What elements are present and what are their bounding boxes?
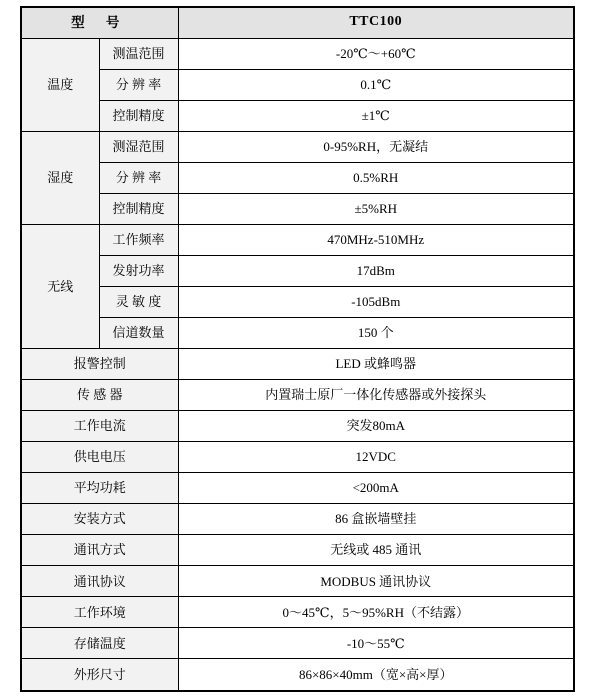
spec-value-cell: 86 盒嵌墙壁挂	[178, 504, 574, 535]
group-cell-humidity: 湿度	[21, 131, 99, 224]
spec-value-cell: MODBUS 通讯协议	[178, 566, 574, 597]
spec-value-cell: -10～55℃	[178, 628, 574, 659]
table-row: 信道数量 150 个	[21, 317, 574, 348]
spec-label-cell: 发射功率	[99, 255, 178, 286]
table-row: 温度 测温范围 -20℃～+60℃	[21, 38, 574, 69]
table-row: 灵 敏 度 -105dBm	[21, 286, 574, 317]
table-row: 分 辨 率 0.5%RH	[21, 162, 574, 193]
spec-value-cell: 0.5%RH	[178, 162, 574, 193]
table-row: 外形尺寸 86×86×40mm（宽×高×厚）	[21, 659, 574, 691]
spec-label-cell: 外形尺寸	[21, 659, 178, 691]
spec-value-cell: ±1℃	[178, 100, 574, 131]
model-header-value: TTC100	[178, 7, 574, 38]
table-row: 供电电压 12VDC	[21, 442, 574, 473]
spec-label-cell: 传 感 器	[21, 380, 178, 411]
header-row: 型 号 TTC100	[21, 7, 574, 38]
table-row: 分 辨 率 0.1℃	[21, 69, 574, 100]
spec-value-cell: 无线或 485 通讯	[178, 535, 574, 566]
table-row: 通讯协议 MODBUS 通讯协议	[21, 566, 574, 597]
table-row: 报警控制 LED 或蜂鸣器	[21, 348, 574, 379]
spec-label-cell: 分 辨 率	[99, 162, 178, 193]
spec-value-cell: 150 个	[178, 317, 574, 348]
spec-label-cell: 供电电压	[21, 442, 178, 473]
spec-value-cell: 0-95%RH，无凝结	[178, 131, 574, 162]
spec-label-cell: 灵 敏 度	[99, 286, 178, 317]
spec-table: 型 号 TTC100 温度 测温范围 -20℃～+60℃ 分 辨 率 0.1℃ …	[20, 6, 575, 692]
table-row: 工作环境 0～45℃，5～95%RH（不结露）	[21, 597, 574, 628]
table-row: 控制精度 ±1℃	[21, 100, 574, 131]
spec-value-cell: 0～45℃，5～95%RH（不结露）	[178, 597, 574, 628]
table-row: 湿度 测湿范围 0-95%RH，无凝结	[21, 131, 574, 162]
spec-label-cell: 报警控制	[21, 348, 178, 379]
model-header-label: 型 号	[21, 7, 178, 38]
spec-label-cell: 工作电流	[21, 411, 178, 442]
spec-label-cell: 测温范围	[99, 38, 178, 69]
spec-label-cell: 安装方式	[21, 504, 178, 535]
spec-value-cell: 12VDC	[178, 442, 574, 473]
spec-value-cell: 86×86×40mm（宽×高×厚）	[178, 659, 574, 691]
spec-label-cell: 控制精度	[99, 193, 178, 224]
spec-label-cell: 分 辨 率	[99, 69, 178, 100]
spec-value-cell: -105dBm	[178, 286, 574, 317]
spec-label-cell: 工作频率	[99, 224, 178, 255]
spec-label-cell: 平均功耗	[21, 473, 178, 504]
spec-value-cell: 0.1℃	[178, 69, 574, 100]
spec-value-cell: LED 或蜂鸣器	[178, 348, 574, 379]
spec-label-cell: 存储温度	[21, 628, 178, 659]
table-row: 安装方式 86 盒嵌墙壁挂	[21, 504, 574, 535]
spec-value-cell: 突发80mA	[178, 411, 574, 442]
spec-label-cell: 通讯方式	[21, 535, 178, 566]
spec-label-cell: 信道数量	[99, 317, 178, 348]
table-row: 传 感 器 内置瑞士原厂一体化传感器或外接探头	[21, 380, 574, 411]
table-row: 存储温度 -10～55℃	[21, 628, 574, 659]
group-cell-temperature: 温度	[21, 38, 99, 131]
table-row: 工作电流 突发80mA	[21, 411, 574, 442]
spec-value-cell: -20℃～+60℃	[178, 38, 574, 69]
table-row: 无线 工作频率 470MHz-510MHz	[21, 224, 574, 255]
table-row: 平均功耗 <200mA	[21, 473, 574, 504]
spec-value-cell: <200mA	[178, 473, 574, 504]
table-row: 通讯方式 无线或 485 通讯	[21, 535, 574, 566]
spec-value-cell: 470MHz-510MHz	[178, 224, 574, 255]
spec-label-cell: 控制精度	[99, 100, 178, 131]
spec-value-cell: 内置瑞士原厂一体化传感器或外接探头	[178, 380, 574, 411]
spec-label-cell: 测湿范围	[99, 131, 178, 162]
table-row: 发射功率 17dBm	[21, 255, 574, 286]
spec-label-cell: 通讯协议	[21, 566, 178, 597]
spec-value-cell: ±5%RH	[178, 193, 574, 224]
spec-value-cell: 17dBm	[178, 255, 574, 286]
table-row: 控制精度 ±5%RH	[21, 193, 574, 224]
spec-label-cell: 工作环境	[21, 597, 178, 628]
group-cell-wireless: 无线	[21, 224, 99, 348]
